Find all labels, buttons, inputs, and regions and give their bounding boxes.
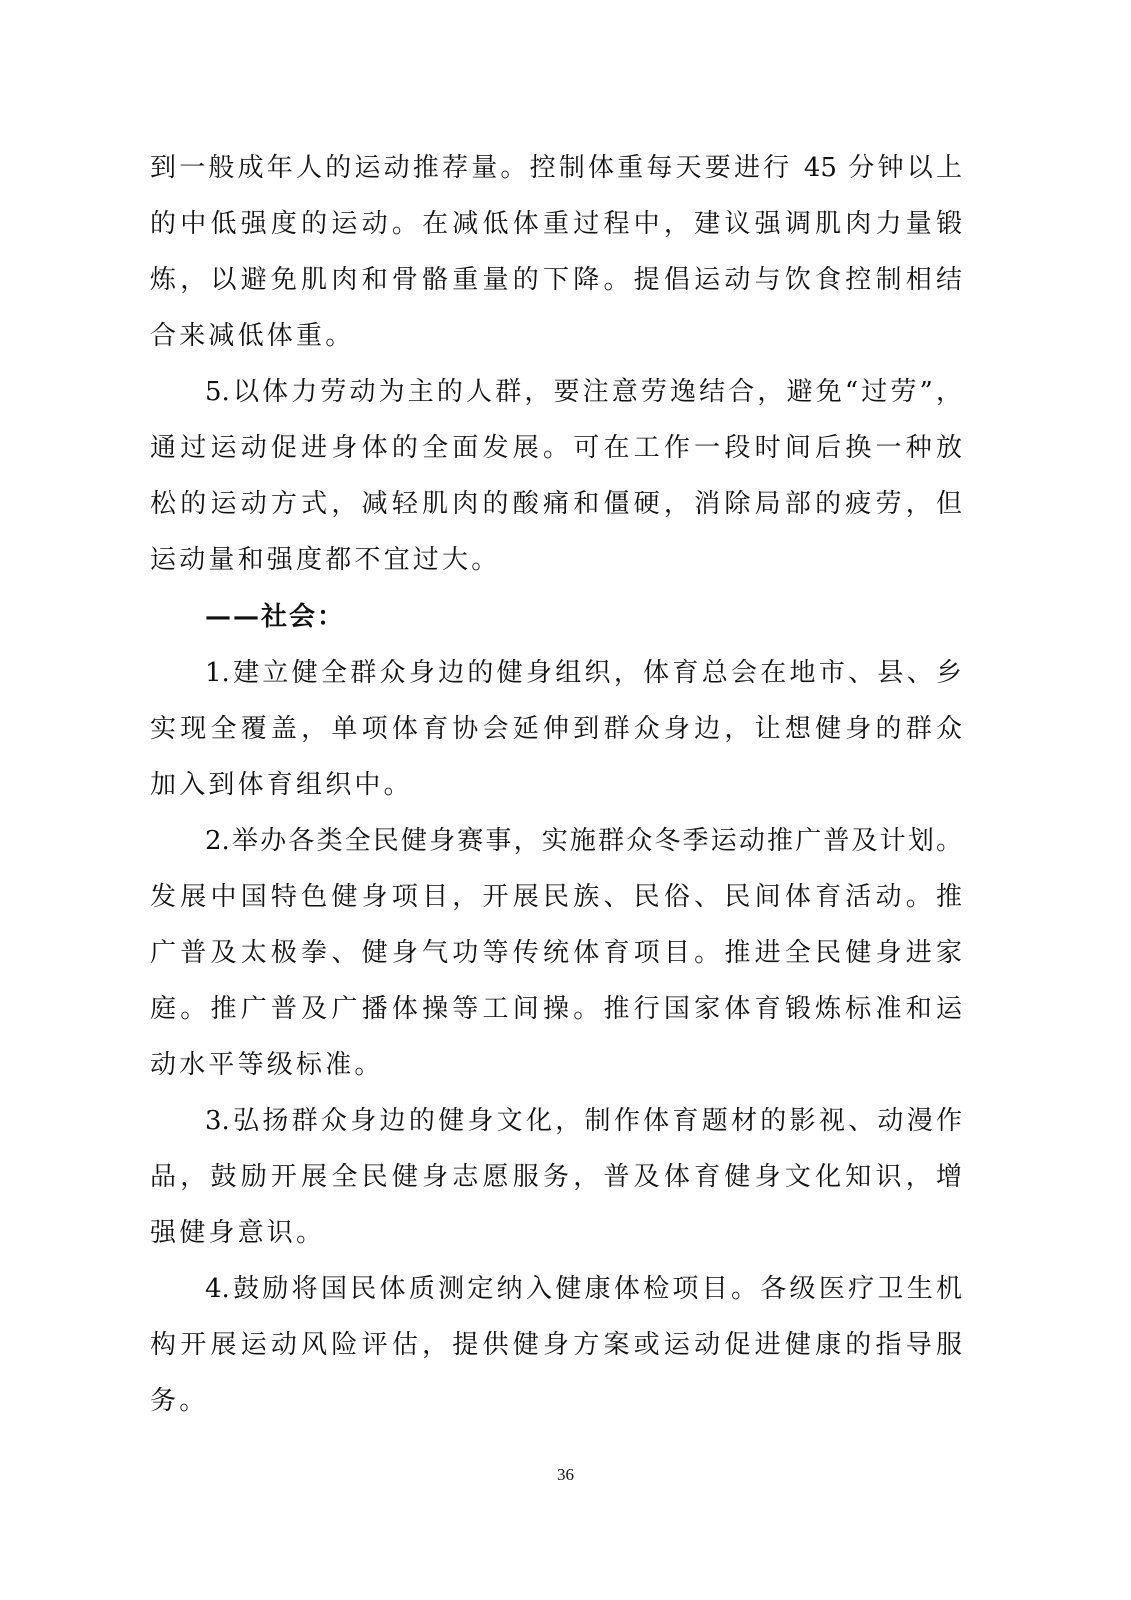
text-line: 2.举办各类全民健身赛事，实施群众冬季运动推广普及计划。: [205, 821, 962, 861]
text-line: 松的运动方式，减轻肌肉的酸痛和僵硬，消除局部的疲劳，但: [150, 484, 962, 524]
text-line: 实现全覆盖，单项体育协会延伸到群众身边，让想健身的群众: [150, 709, 962, 749]
text-line: 强健身意识。: [150, 1213, 962, 1253]
text-line: 通过运动促进身体的全面发展。可在工作一段时间后换一种放: [150, 428, 962, 468]
text-line: 4.鼓励将国民体质测定纳入健康体检项目。各级医疗卫生机: [205, 1269, 962, 1309]
text-line: 庭。推广普及广播体操等工间操。推行国家体育锻炼标准和运: [150, 989, 962, 1029]
document-page: 到一般成年人的运动推荐量。控制体重每天要进行 45 分钟以上 的中低强度的运动。…: [0, 0, 1131, 1600]
text-line: 5.以体力劳动为主的人群，要注意劳逸结合，避免“过劳”，: [205, 372, 962, 412]
text-line: 发展中国特色健身项目，开展民族、民俗、民间体育活动。推: [150, 877, 962, 917]
text-line: 动水平等级标准。: [150, 1045, 962, 1085]
text-line: 3.弘扬群众身边的健身文化，制作体育题材的影视、动漫作: [205, 1101, 962, 1141]
text-line: 运动量和强度都不宜过大。: [150, 540, 962, 580]
page-number: 36: [0, 1463, 1131, 1487]
section-heading-society: ——社会：: [205, 597, 345, 637]
text-line: 合来减低体重。: [150, 316, 962, 356]
text-line: 到一般成年人的运动推荐量。控制体重每天要进行 45 分钟以上: [150, 148, 962, 188]
text-line: 炼，以避免肌肉和骨骼重量的下降。提倡运动与饮食控制相结: [150, 260, 962, 300]
text-line: 加入到体育组织中。: [150, 765, 962, 805]
text-line: 的中低强度的运动。在减低体重过程中，建议强调肌肉力量锻: [150, 204, 962, 244]
text-line: 广普及太极拳、健身气功等传统体育项目。推进全民健身进家: [150, 933, 962, 973]
text-line: 品，鼓励开展全民健身志愿服务，普及体育健身文化知识，增: [150, 1157, 962, 1197]
text-line: 务。: [150, 1381, 962, 1421]
text-line: 1.建立健全群众身边的健身组织，体育总会在地市、县、乡: [205, 653, 962, 693]
text-line: 构开展运动风险评估，提供健身方案或运动促进健康的指导服: [150, 1325, 962, 1365]
